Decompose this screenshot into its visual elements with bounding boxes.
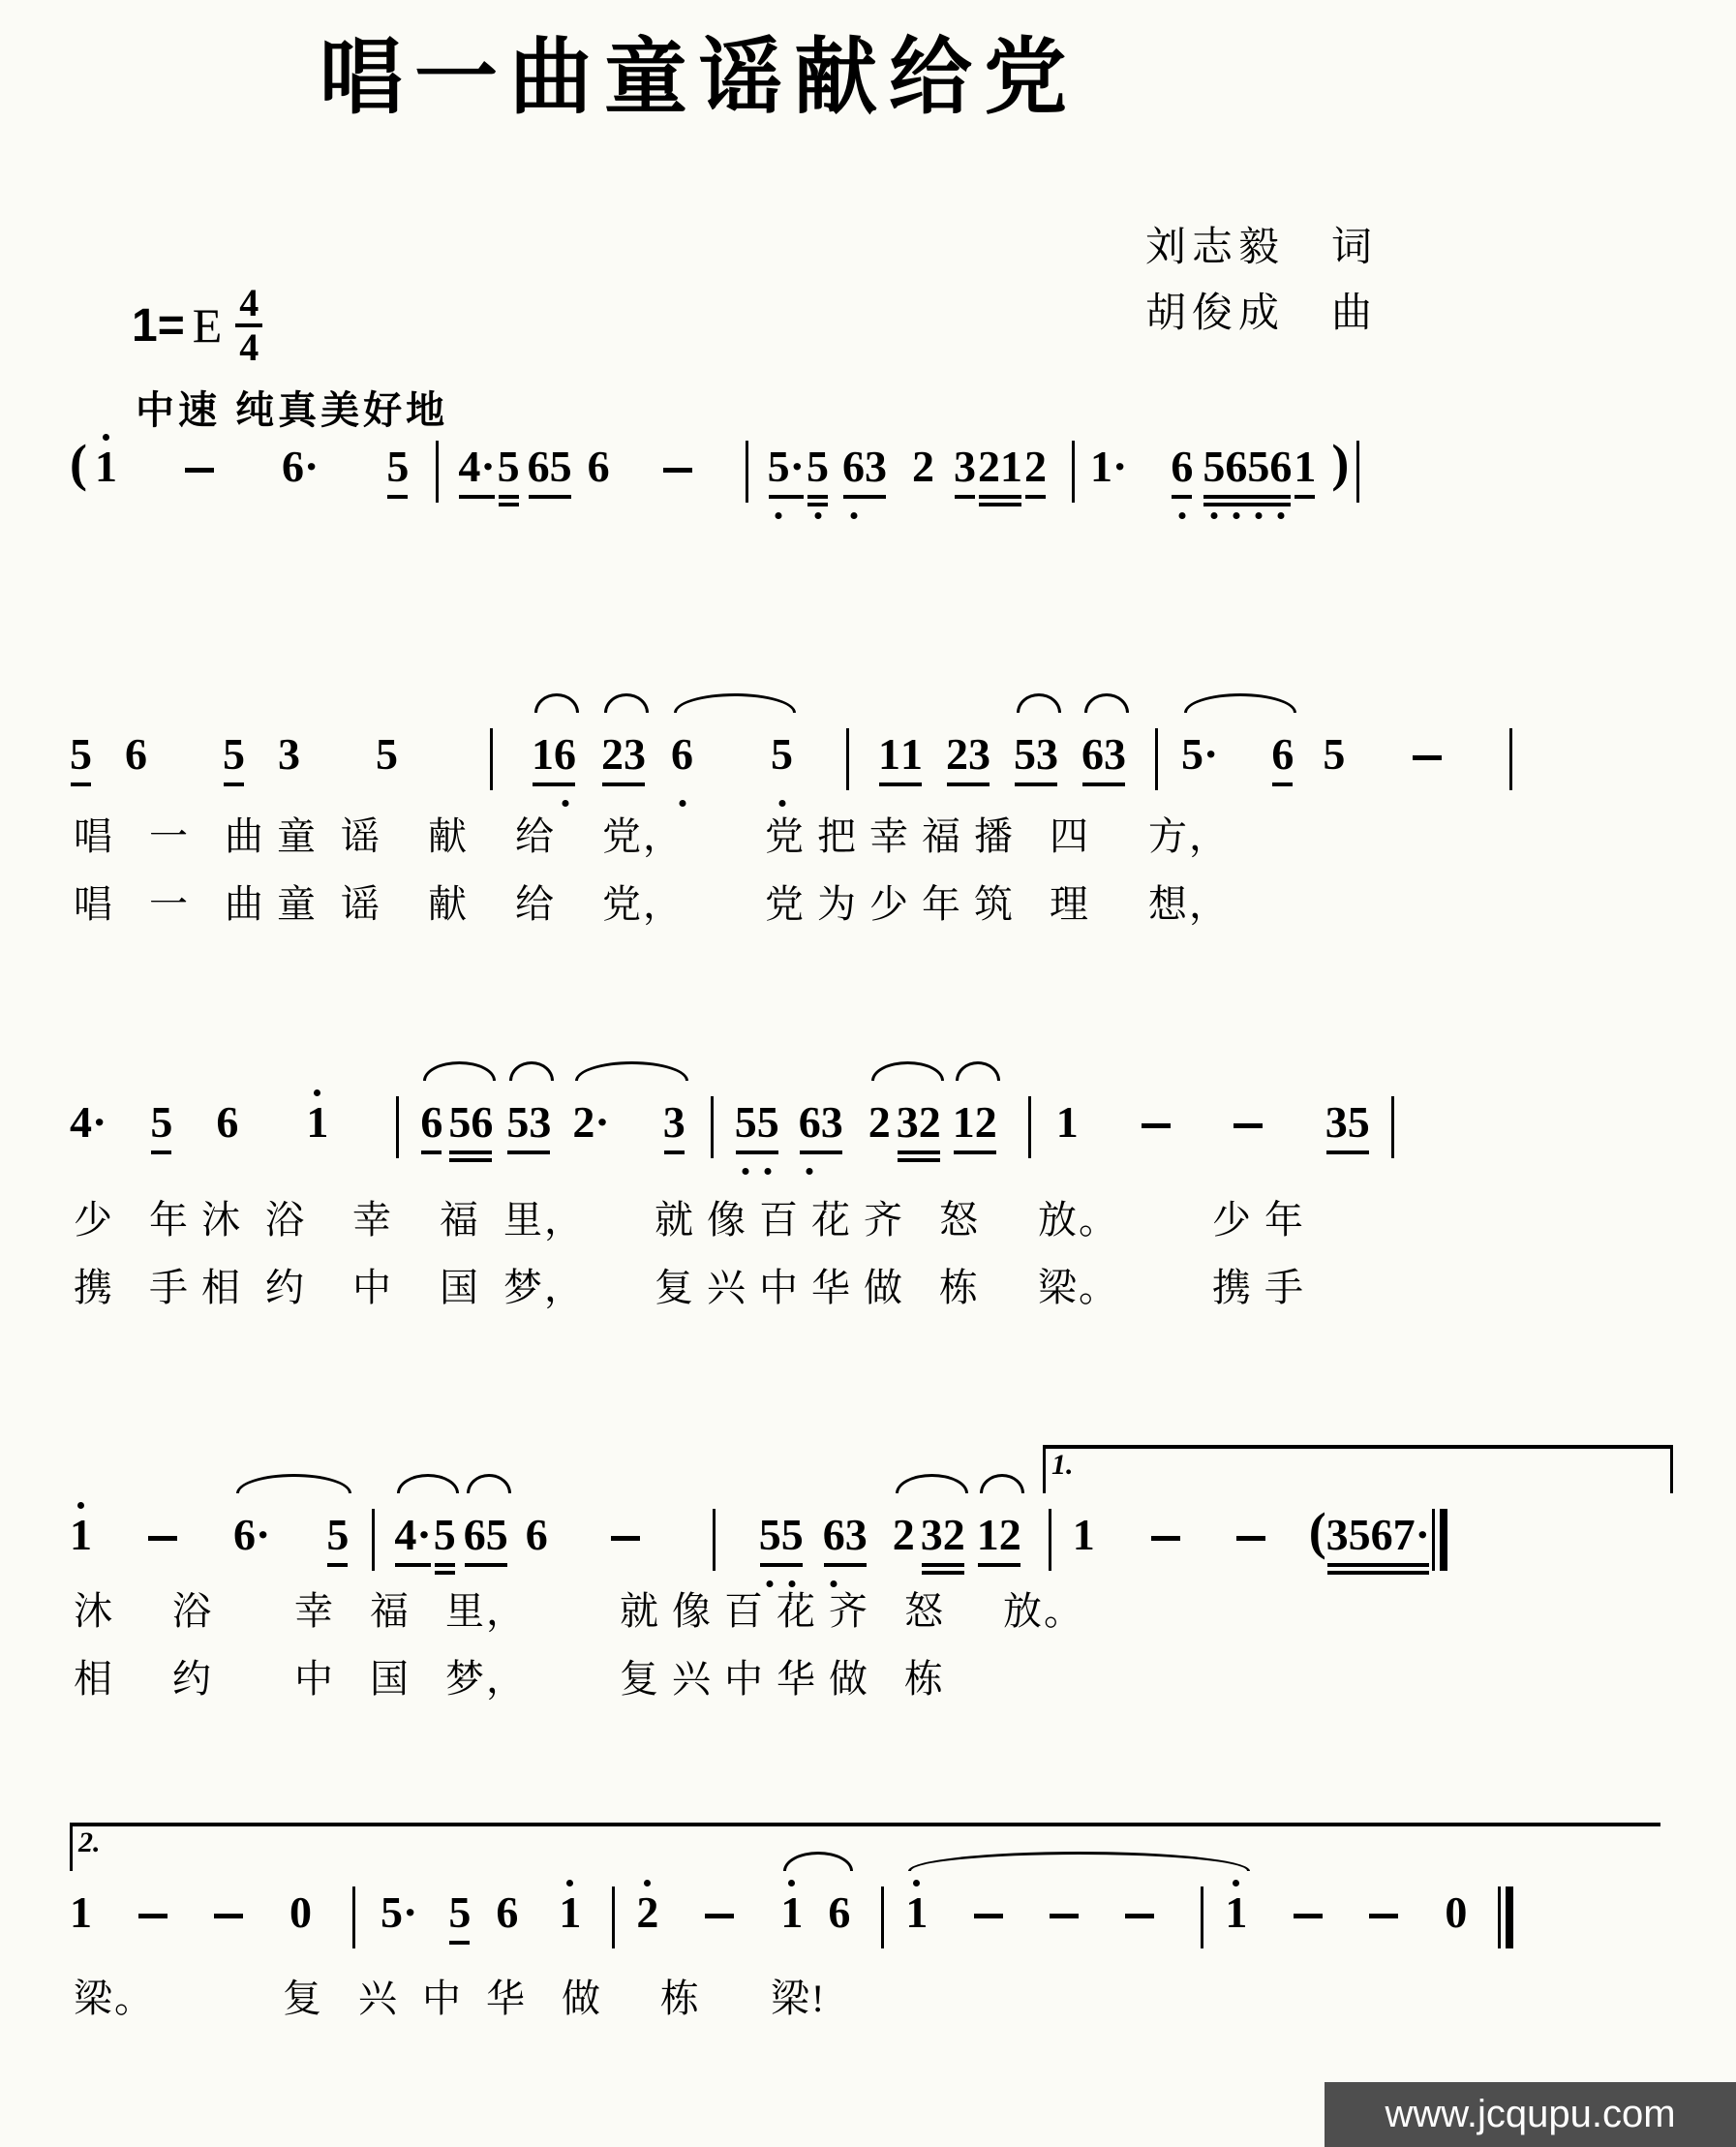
note: 6 <box>828 1877 850 1937</box>
note: 4· <box>70 1087 107 1147</box>
barline <box>1049 1499 1051 1571</box>
dash <box>1369 1877 1398 1918</box>
note: 1 <box>905 1877 928 1937</box>
song-title: 唱一曲童谣献给党 <box>320 10 1079 130</box>
dash <box>1413 719 1442 760</box>
tempo-marking: 中速 纯真美好地 <box>136 380 448 435</box>
note: 6· <box>282 431 319 491</box>
note: 5 <box>807 431 829 491</box>
note: 1 <box>1073 1499 1095 1559</box>
paren: ) <box>1331 431 1349 491</box>
note: 1 <box>1225 1877 1247 1937</box>
dash <box>185 431 214 473</box>
barline <box>436 431 439 503</box>
note: 5· <box>768 431 805 491</box>
barline <box>1155 719 1158 790</box>
slur <box>423 1061 496 1081</box>
watermark: www.jcqupu.com <box>1325 2082 1736 2147</box>
barline <box>746 431 748 503</box>
note: 12 <box>953 1087 997 1147</box>
slur <box>467 1474 511 1493</box>
barline <box>396 1087 399 1158</box>
time-signature: 4 4 <box>235 285 262 366</box>
note: 5 <box>70 719 92 779</box>
barline <box>1356 431 1359 503</box>
note: 5 <box>434 1499 456 1559</box>
note: 1 <box>306 1087 328 1147</box>
lyrics-row-6: 相 约 中 国 梦， 复 兴 中 华 做 栋 <box>74 1648 945 1703</box>
lyrics-row-3: 少 年 沐 浴 幸 福 里， 就 像 百 花 齐 怒 放。 少 年 <box>74 1189 1305 1244</box>
note: 63 <box>842 431 887 491</box>
lyrics-row-2: 唱 一 曲 童 谣 献 给 党， 党 为 少 年 筑 理 想， <box>74 874 1230 929</box>
note: 5656 <box>1203 431 1292 491</box>
note: 32 <box>897 1087 941 1147</box>
note: 2 <box>868 1087 891 1147</box>
key-tonic: E <box>193 297 223 353</box>
note: 1 <box>1056 1087 1079 1147</box>
note: 6 <box>588 431 610 491</box>
lyricist-credit: 刘志毅 词 <box>1145 215 1378 281</box>
note: 0 <box>1445 1877 1467 1937</box>
barline <box>711 1087 714 1158</box>
note: 23 <box>601 719 646 779</box>
note: 16 <box>532 719 576 779</box>
music-line-1: (16·54·56565·563232121·656561) <box>70 431 1377 557</box>
note: 0 <box>289 1877 312 1937</box>
note: 21 <box>978 431 1022 491</box>
note: 63 <box>1081 719 1126 779</box>
note: 35 <box>1325 1087 1370 1147</box>
note: 63 <box>799 1087 843 1147</box>
meter-numerator: 4 <box>239 285 259 322</box>
note: 11 <box>878 719 923 779</box>
slur <box>509 1061 554 1081</box>
barline <box>490 719 493 790</box>
note: 3 <box>278 719 300 779</box>
lyrics-row-1: 唱 一 曲 童 谣 献 给 党， 党 把 幸 福 播 四 方， <box>74 806 1230 861</box>
note: 3 <box>954 431 976 491</box>
paren: ( <box>70 431 87 491</box>
dash <box>663 431 692 473</box>
volta-bracket: 2. <box>70 1823 1660 1871</box>
note: 2 <box>636 1877 658 1937</box>
note: 5 <box>376 719 398 779</box>
note: 5· <box>1181 719 1218 779</box>
note: 6· <box>233 1499 270 1559</box>
slur <box>1084 693 1129 713</box>
barline <box>881 1877 884 1948</box>
note: 5 <box>1323 719 1345 779</box>
note: 5 <box>223 719 245 779</box>
slur <box>397 1474 459 1493</box>
note: 6 <box>671 719 693 779</box>
note: 1 <box>780 1877 803 1937</box>
dash <box>1236 1499 1265 1541</box>
note: 4· <box>458 431 495 491</box>
barline <box>1391 1087 1394 1158</box>
composer-credit: 胡俊成 曲 <box>1145 281 1378 347</box>
note: 6 <box>526 1499 548 1559</box>
note: 5 <box>150 1087 172 1147</box>
note: 1 <box>559 1877 581 1937</box>
note: 5 <box>448 1877 471 1937</box>
final-barline <box>1498 1877 1513 1948</box>
note: 6 <box>125 719 147 779</box>
note: 1 <box>95 431 117 491</box>
dash <box>1233 1087 1263 1128</box>
dash <box>1142 1087 1171 1128</box>
barline <box>1072 431 1075 503</box>
note: 1 <box>70 1877 92 1937</box>
dash <box>1151 1499 1180 1541</box>
note: 4· <box>394 1499 431 1559</box>
note: 53 <box>506 1087 551 1147</box>
note: 3 <box>663 1087 685 1147</box>
credits: 刘志毅 词 胡俊成 曲 <box>1145 215 1378 347</box>
note: 12 <box>977 1499 1021 1559</box>
dash <box>1050 1877 1079 1918</box>
dash <box>1125 1877 1154 1918</box>
note: 55 <box>759 1499 804 1559</box>
note: 1 <box>70 1499 92 1559</box>
dash <box>974 1877 1003 1918</box>
key-prefix: 1= <box>132 299 185 353</box>
lyrics-row-5: 沐 浴 幸 福 里， 就 像 百 花 齐 怒 放。 <box>74 1580 1084 1636</box>
note: 3567· <box>1326 1499 1430 1559</box>
slur <box>956 1061 1000 1081</box>
dash <box>214 1877 243 1918</box>
barline <box>1509 719 1512 790</box>
note: 53 <box>1014 719 1058 779</box>
note: 2 <box>912 431 934 491</box>
lyrics-row-7: 梁。 复 兴 中 华 做 栋 梁! <box>74 1968 826 2023</box>
paren: ( <box>1309 1499 1326 1559</box>
note: 5 <box>386 431 409 491</box>
slur <box>1017 693 1061 713</box>
slur <box>575 1061 688 1081</box>
note: 65 <box>464 1499 508 1559</box>
slur <box>871 1061 944 1081</box>
barline <box>612 1877 615 1948</box>
slur <box>534 693 579 713</box>
note: 23 <box>946 719 990 779</box>
final-barline <box>1432 1499 1447 1571</box>
slur <box>1184 693 1296 713</box>
key-signature: 1= E 4 4 <box>132 285 262 366</box>
barline <box>713 1499 716 1571</box>
note: 6 <box>1171 431 1193 491</box>
dash <box>148 1499 177 1541</box>
note: 5 <box>498 431 520 491</box>
note: 56 <box>448 1087 493 1147</box>
note: 6 <box>216 1087 238 1147</box>
slur <box>980 1474 1024 1493</box>
note: 1· <box>1090 431 1127 491</box>
dash <box>1294 1877 1323 1918</box>
note: 6 <box>1271 719 1294 779</box>
note: 6 <box>420 1087 442 1147</box>
volta-bracket: 1. <box>1043 1445 1673 1493</box>
note: 63 <box>823 1499 868 1559</box>
meter-denominator: 4 <box>239 329 259 366</box>
note: 2 <box>1024 431 1047 491</box>
slur <box>604 693 649 713</box>
note: 65 <box>528 431 572 491</box>
slur <box>896 1474 968 1493</box>
dash <box>705 1877 734 1918</box>
dash <box>138 1877 168 1918</box>
note: 1 <box>1294 431 1316 491</box>
barline <box>1028 1087 1031 1158</box>
lyrics-row-4: 携 手 相 约 中 国 梦， 复 兴 中 华 做 栋 梁。 携 手 <box>74 1257 1305 1312</box>
note: 5· <box>381 1877 417 1937</box>
note: 5 <box>326 1499 349 1559</box>
barline <box>352 1877 355 1948</box>
dash <box>611 1499 640 1541</box>
slur <box>236 1474 351 1493</box>
barline <box>846 719 849 790</box>
note: 2· <box>572 1087 609 1147</box>
note: 2 <box>893 1499 915 1559</box>
note: 5 <box>771 719 793 779</box>
note: 55 <box>735 1087 779 1147</box>
sheet-music-page: 唱一曲童谣献给党 刘志毅 词 胡俊成 曲 1= E 4 4 中速 纯真美好地 w… <box>0 0 1736 2147</box>
slur <box>674 693 796 713</box>
barline <box>372 1499 375 1571</box>
note: 32 <box>921 1499 965 1559</box>
barline <box>1201 1877 1203 1948</box>
note: 6 <box>496 1877 518 1937</box>
